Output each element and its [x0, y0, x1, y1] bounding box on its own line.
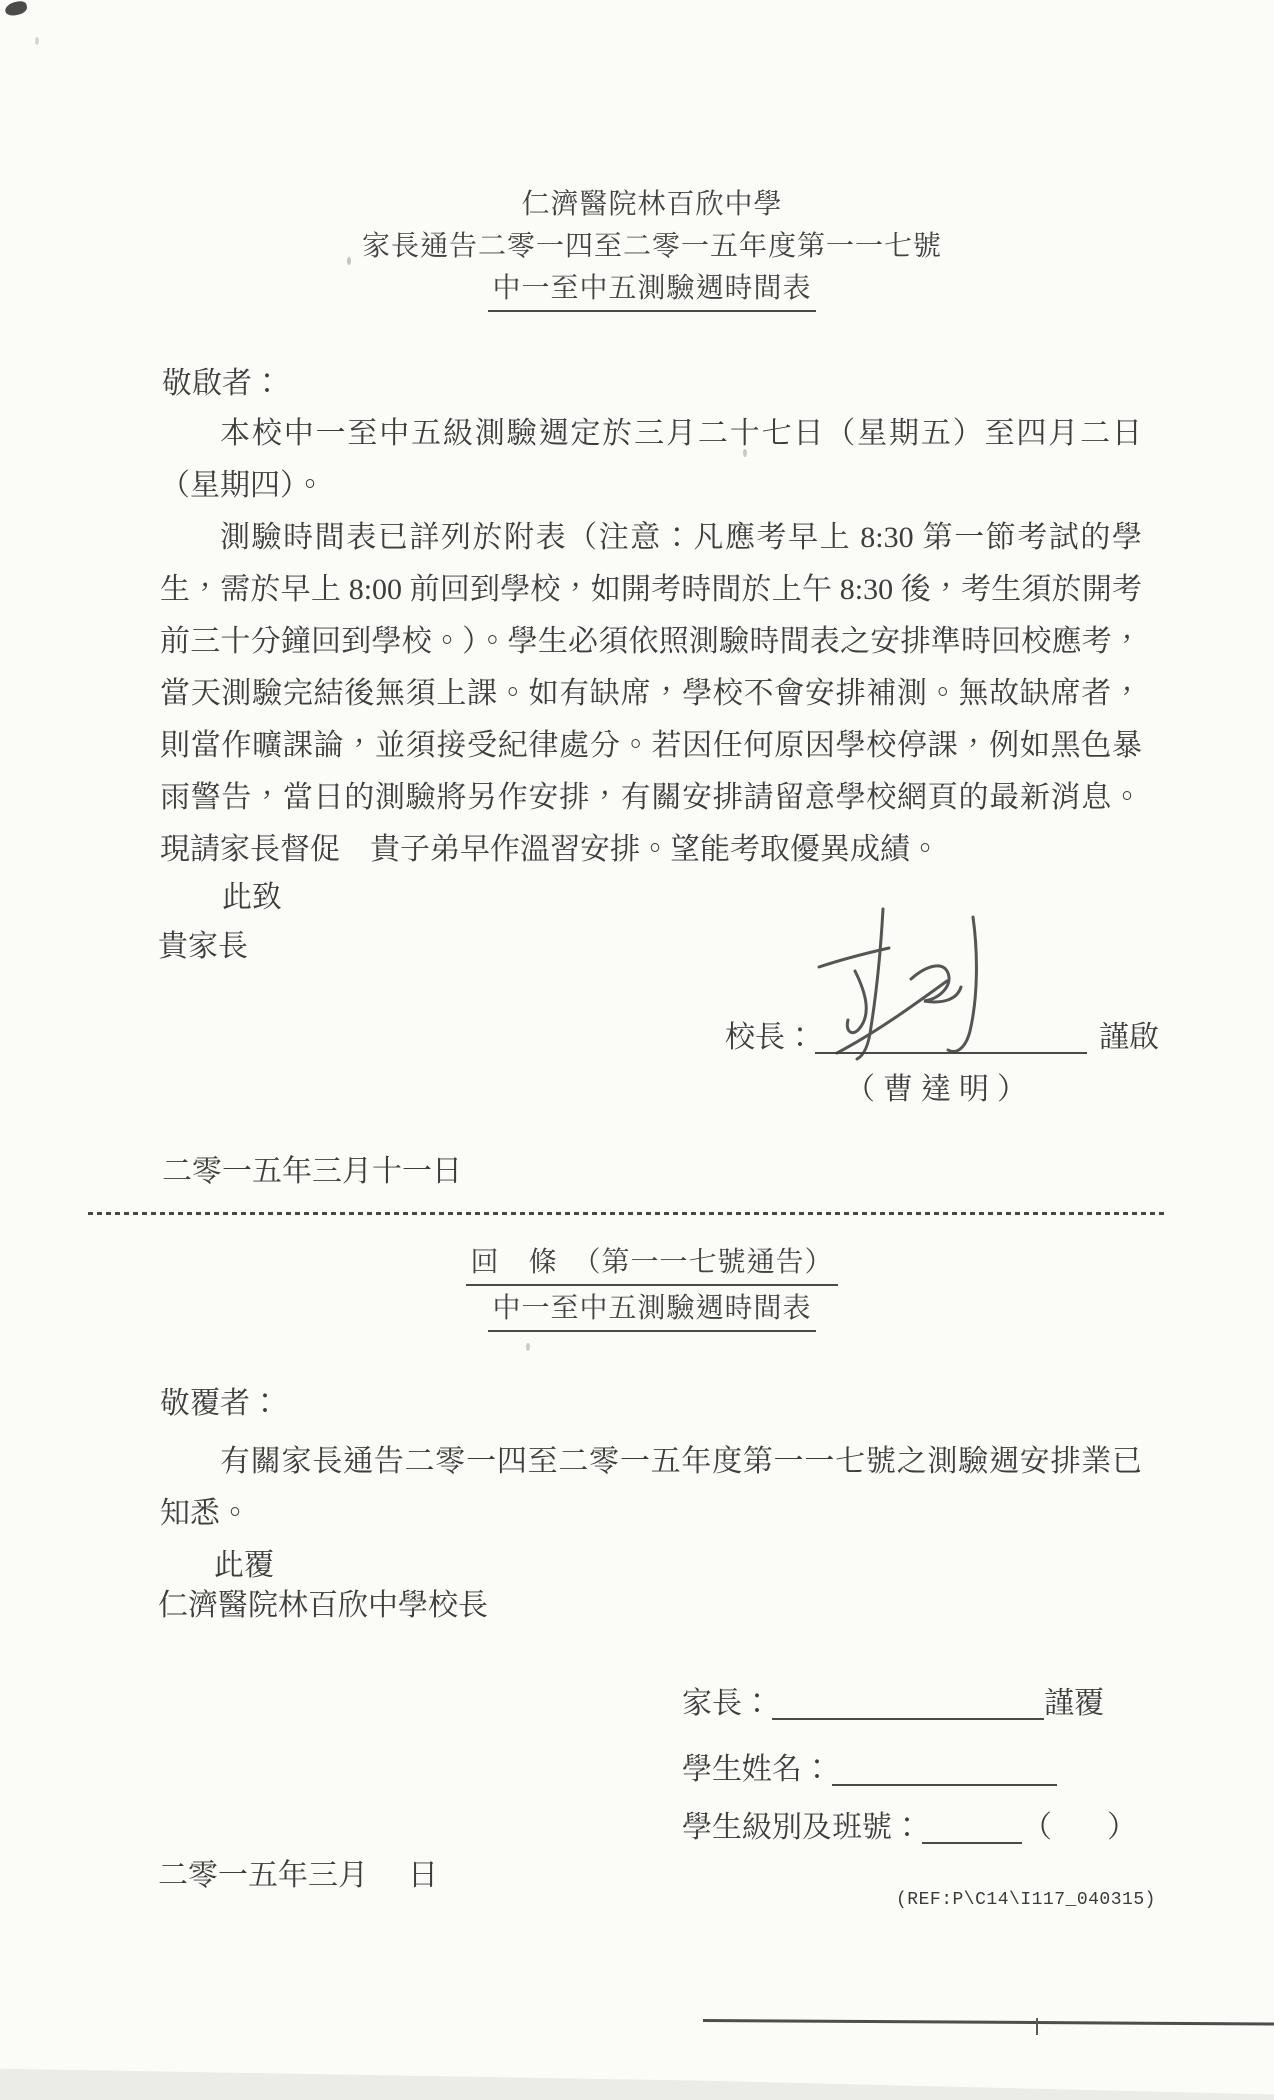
cut-dashed-line [88, 1212, 1166, 1215]
salutation: 敬啟者： [162, 358, 282, 402]
reference-code: (REF:P\C14\I117_040315) [896, 1890, 1156, 1910]
reply-slip-title-wrap: 回 條 （第一一七號通告） [30, 1240, 1274, 1286]
scan-corner-artifact [4, 0, 28, 17]
parent-label: 家長： [682, 1687, 772, 1720]
reply-body: 有關家長通告二零一四至二零一五年度第一一七號之測驗週安排業已知悉。 [160, 1436, 1142, 1540]
scan-page-edge [703, 2019, 1274, 2025]
student-name-label: 學生姓名： [682, 1753, 832, 1786]
reply-slip-subject: 中一至中五測驗週時間表 [488, 1286, 815, 1332]
reply-slip-subject-wrap: 中一至中五測驗週時間表 [30, 1286, 1274, 1332]
paragraph-2: 測驗時間表已詳列於附表（注意：凡應考早上 8:30 第一節考試的學生，需於早上 … [160, 512, 1142, 876]
class-paren-close: ） [1107, 1811, 1137, 1844]
notice-number-line: 家長通告二零一四至二零一五年度第一一七號 [30, 224, 1274, 264]
reply-date-day-label: 日 [408, 1859, 438, 1892]
closing: 此致 [222, 872, 282, 916]
class-label: 學生級別及班號： [682, 1811, 922, 1844]
reply-date-month: 二零一五年三月 [158, 1859, 368, 1892]
school-name: 仁濟醫院林百欣中學 [30, 182, 1274, 222]
parent-signoff: 謹覆 [1044, 1687, 1104, 1720]
scan-bottom-shadow [0, 2054, 1274, 2100]
reply-addressee: 仁濟醫院林百欣中學校長 [158, 1580, 488, 1624]
scan-page-edge-tick [1036, 2018, 1038, 2035]
student-name-row: 學生姓名： [682, 1744, 1057, 1788]
reply-salutation: 敬覆者： [160, 1378, 280, 1422]
reply-slip-title: 回 條 （第一一七號通告） [466, 1240, 837, 1286]
parent-sign-line [772, 1684, 1044, 1720]
principal-signature [795, 903, 1005, 1063]
class-number-line [922, 1808, 1022, 1844]
class-number-row: 學生級別及班號：（） [682, 1802, 1137, 1846]
scan-specks [0, 0, 2, 6]
class-paren-open: （ [1022, 1811, 1052, 1844]
scanned-notice-page: 仁濟醫院林百欣中學 家長通告二零一四至二零一五年度第一一七號 中一至中五測驗週時… [0, 0, 1274, 2100]
paragraph-1: 本校中一至中五級測驗週定於三月二十七日（星期五）至四月二日（星期四）。 [160, 408, 1142, 512]
parent-sign-row: 家長：謹覆 [682, 1678, 1104, 1722]
reply-date-row: 二零一五年三月日 [158, 1850, 438, 1894]
notice-subject-wrap: 中一至中五測驗週時間表 [30, 266, 1274, 312]
principal-name: （曹達明） [800, 1064, 1080, 1108]
addressee: 貴家長 [158, 921, 248, 965]
student-name-line [832, 1750, 1057, 1786]
principal-signoff: 謹啟 [1099, 1021, 1159, 1054]
notice-subject: 中一至中五測驗週時間表 [488, 266, 815, 312]
letter-date: 二零一五年三月十一日 [162, 1146, 462, 1190]
reply-closing: 此覆 [214, 1540, 274, 1584]
